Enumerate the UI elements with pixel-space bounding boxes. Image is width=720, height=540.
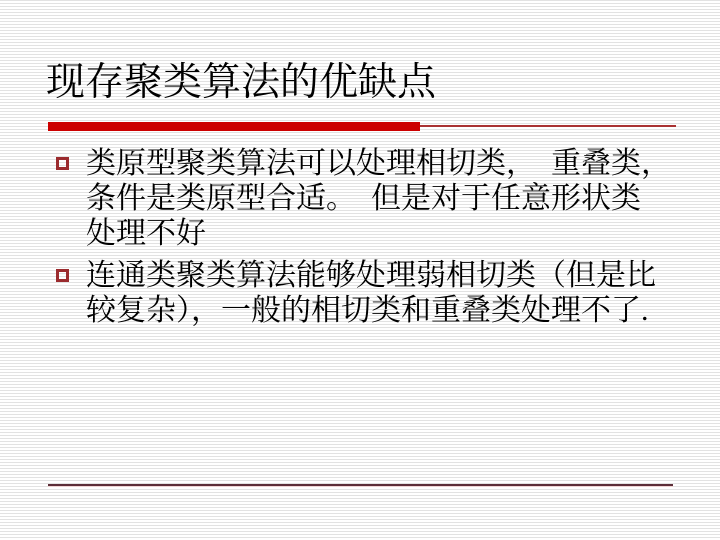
presentation-slide: 现存聚类算法的优缺点 类原型聚类算法可以处理相切类， 重叠类， 条件是类原型合适…: [0, 0, 720, 540]
hollow-square-bullet-icon: [56, 269, 69, 282]
bullet-text: 类原型聚类算法可以处理相切类， 重叠类， 条件是类原型合适。 但是对于任意形状类…: [86, 146, 671, 251]
bullet-line: 处理不好: [86, 216, 671, 251]
bullet-line: 较复杂），一般的相切类和重叠类处理不了.: [86, 293, 656, 328]
bullet-list: 类原型聚类算法可以处理相切类， 重叠类， 条件是类原型合适。 但是对于任意形状类…: [52, 146, 692, 335]
bullet-marker-cell: [52, 146, 86, 170]
title-underline-bar: [48, 122, 420, 131]
bullet-item: 连通类聚类算法能够处理弱相切类（但是比 较复杂），一般的相切类和重叠类处理不了.: [52, 258, 692, 328]
bullet-marker-cell: [52, 258, 86, 282]
bullet-item: 类原型聚类算法可以处理相切类， 重叠类， 条件是类原型合适。 但是对于任意形状类…: [52, 146, 692, 251]
bullet-line: 连通类聚类算法能够处理弱相切类（但是比: [86, 258, 656, 293]
hollow-square-bullet-icon: [56, 157, 69, 170]
footer-divider-shadow: [48, 486, 673, 487]
slide-title: 现存聚类算法的优缺点: [46, 58, 436, 108]
bullet-text: 连通类聚类算法能够处理弱相切类（但是比 较复杂），一般的相切类和重叠类处理不了.: [86, 258, 656, 328]
bullet-line: 条件是类原型合适。 但是对于任意形状类: [86, 181, 671, 216]
bullet-line: 类原型聚类算法可以处理相切类， 重叠类，: [86, 146, 671, 181]
